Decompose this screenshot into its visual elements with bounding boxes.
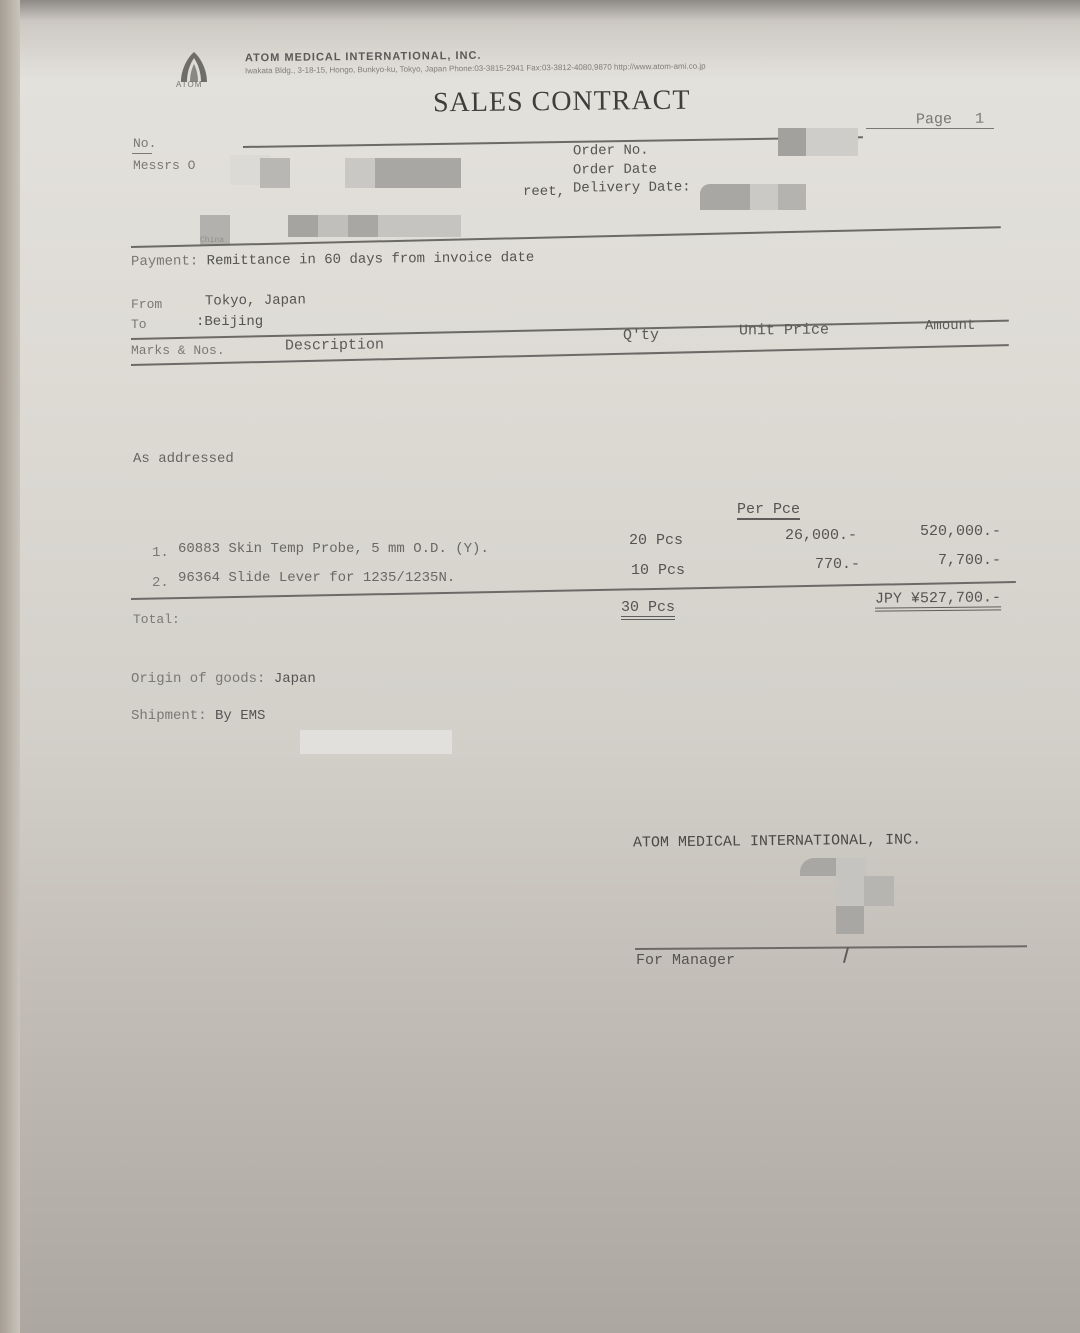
redacted-block: [864, 876, 894, 906]
marks-value: As addressed: [133, 451, 234, 467]
unit-note: Per Pce: [737, 501, 800, 520]
order-no-label: Order No.: [573, 143, 649, 160]
row-unit-price: 26,000.-: [785, 527, 857, 544]
origin-note: Origin of goods: Japan: [131, 671, 316, 687]
redacted-block: [800, 858, 840, 876]
row-description: 96364 Slide Lever for 1235/1235N.: [178, 570, 455, 586]
from-value: Tokyo, Japan: [205, 292, 306, 309]
column-header-description: Description: [285, 336, 384, 354]
messrs-field: Messrs O: [133, 158, 195, 173]
page-title: SALES CONTRACT: [433, 85, 691, 120]
row-amount: 520,000.-: [920, 523, 1001, 540]
logo-text: ATOM: [176, 80, 202, 89]
signatory-label: For Manager: [636, 952, 735, 969]
payment-label: Payment:: [131, 253, 198, 270]
redacted-block: [288, 215, 318, 237]
page-indicator: Page 1: [916, 111, 984, 129]
order-date-label: Order Date: [573, 162, 657, 179]
no-label: No.: [133, 136, 156, 151]
column-header-marks: Marks & Nos.: [131, 343, 225, 358]
redacted-block: [375, 158, 461, 188]
shipment-note: Shipment: By EMS: [131, 708, 265, 724]
redacted-block: [378, 215, 461, 237]
redacted-block: [260, 158, 290, 188]
page-label: Page: [916, 111, 952, 128]
row-number: 1.: [152, 545, 169, 561]
page-number: 1: [975, 111, 984, 128]
payment-terms: Payment: Remittance in 60 days from invo…: [131, 250, 534, 270]
redacted-block: [348, 215, 378, 237]
column-header-amount: Amount: [925, 318, 976, 335]
row-number: 2.: [152, 575, 169, 591]
row-qty: 20 Pcs: [629, 532, 683, 549]
company-address: Iwakata Bldg., 3-18-15, Hongo, Bunkyo-ku…: [245, 62, 706, 76]
redacted-block: [836, 906, 864, 934]
redacted-block: [778, 184, 806, 210]
header-divider: [243, 136, 863, 148]
shipment-value: By EMS: [215, 708, 265, 724]
shipment-label: Shipment:: [131, 708, 207, 724]
row-description: 60883 Skin Temp Probe, 5 mm O.D. (Y).: [178, 541, 489, 557]
divider: [132, 153, 152, 154]
sales-contract-page: ATOM ATOM MEDICAL INTERNATIONAL, INC. Iw…: [0, 0, 1080, 1333]
messrs-label: Messrs: [133, 158, 180, 173]
messrs-value: O: [188, 158, 196, 173]
signature-company: ATOM MEDICAL INTERNATIONAL, INC.: [633, 831, 921, 851]
header-divider: [131, 226, 1001, 248]
total-qty: 30 Pcs: [621, 599, 675, 620]
redacted-block: [778, 128, 806, 156]
from-label: From: [131, 297, 162, 312]
to-value: :Beijing: [196, 314, 263, 330]
to-label: To: [131, 317, 147, 332]
signature-line: [635, 945, 1027, 950]
column-header-qty: Q'ty: [623, 327, 659, 344]
signature-stroke: [843, 947, 849, 963]
delivery-date-label: Delivery Date:: [573, 179, 691, 196]
redacted-block: [300, 730, 452, 754]
redacted-block: [806, 128, 858, 156]
row-qty: 10 Pcs: [631, 562, 685, 579]
row-amount: 7,700.-: [938, 552, 1001, 569]
divider: [866, 128, 994, 129]
redacted-block: [345, 158, 375, 188]
company-name: ATOM MEDICAL INTERNATIONAL, INC.: [245, 50, 482, 64]
column-header-unit-price: Unit Price: [739, 322, 829, 340]
total-amount: JPY ¥527,700.-: [875, 589, 1001, 611]
redacted-block: [750, 184, 778, 210]
street-fragment: reet,: [523, 184, 565, 200]
redacted-block: [318, 215, 348, 237]
row-unit-price: 770.-: [815, 556, 860, 573]
origin-label: Origin of goods:: [131, 671, 265, 687]
payment-value: Remittance in 60 days from invoice date: [207, 250, 535, 269]
table-header-bottom-rule: [131, 344, 1009, 366]
total-label: Total:: [133, 612, 180, 627]
redacted-block: [700, 184, 750, 210]
origin-value: Japan: [274, 671, 316, 687]
